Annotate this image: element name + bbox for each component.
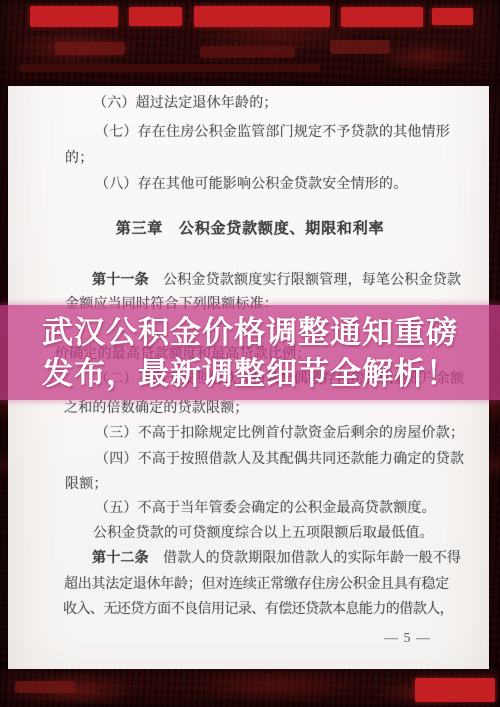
doc-line-8: （八）存在其他可能影响公积金贷款安全情形的。 bbox=[95, 173, 407, 193]
article-number-12: 第十二条 bbox=[92, 549, 149, 565]
doc-line-item4: （四）不高于按照借款人及其配偶共同还款能力确定的贷款 bbox=[95, 448, 464, 468]
doc-line-income: 收入、无还贷方面不良信用记录、有偿还贷款本息能力的借款人， bbox=[63, 598, 453, 618]
doc-line-item5: （五）不高于当年管委会确定的公积金最高贷款额度。 bbox=[95, 497, 436, 517]
doc-line-7b: 的； bbox=[65, 147, 93, 167]
chapter-heading: 第三章 公积金贷款额度、期限和利率 bbox=[0, 217, 500, 238]
page-number: — 5 — bbox=[384, 631, 431, 647]
doc-line-retire: 超出其法定退休年龄；但对连续正常缴存住房公积金且具有稳定 bbox=[64, 573, 449, 593]
headline-banner: 武汉公积金价格调整通知重磅 发布，最新调整细节全解析！ bbox=[0, 305, 500, 400]
scanned-notice-screenshot: （六）超过法定退休年龄的； （七）存在住房公积金监管部门规定不予贷款的其他情形 … bbox=[0, 0, 500, 707]
doc-line-article-11: 第十一条 公积金贷款额度实行限额管理，每笔公积金贷款 bbox=[92, 269, 461, 289]
doc-line-item3: （三）不高于扣除规定比例首付款资金后剩余的房屋价款； bbox=[95, 422, 464, 442]
doc-line-7: （七）存在住房公积金监管部门规定不予贷款的其他情形 bbox=[95, 121, 450, 141]
headline-line-2: 发布，最新调整细节全解析！ bbox=[42, 353, 458, 394]
doc-line-6: （六）超过法定退休年龄的； bbox=[93, 92, 278, 112]
doc-line-multiple: 之和的倍数确定的贷款限额； bbox=[64, 397, 249, 417]
article-12-text: 借款人的贷款期限加借款人的实际年龄一般不得 bbox=[149, 551, 461, 566]
article-11-text: 公积金贷款额度实行限额管理，每笔公积金贷款 bbox=[149, 273, 461, 288]
headline-line-1: 武汉公积金价格调整通知重磅 bbox=[42, 312, 458, 353]
article-number-11: 第十一条 bbox=[92, 271, 149, 287]
doc-line-minimum: 公积金贷款的可贷额度综合以上五项限额后取最低值。 bbox=[93, 522, 434, 542]
doc-line-article-12: 第十二条 借款人的贷款期限加借款人的实际年龄一般不得 bbox=[92, 547, 461, 567]
doc-line-item4b: 限额； bbox=[65, 473, 108, 493]
